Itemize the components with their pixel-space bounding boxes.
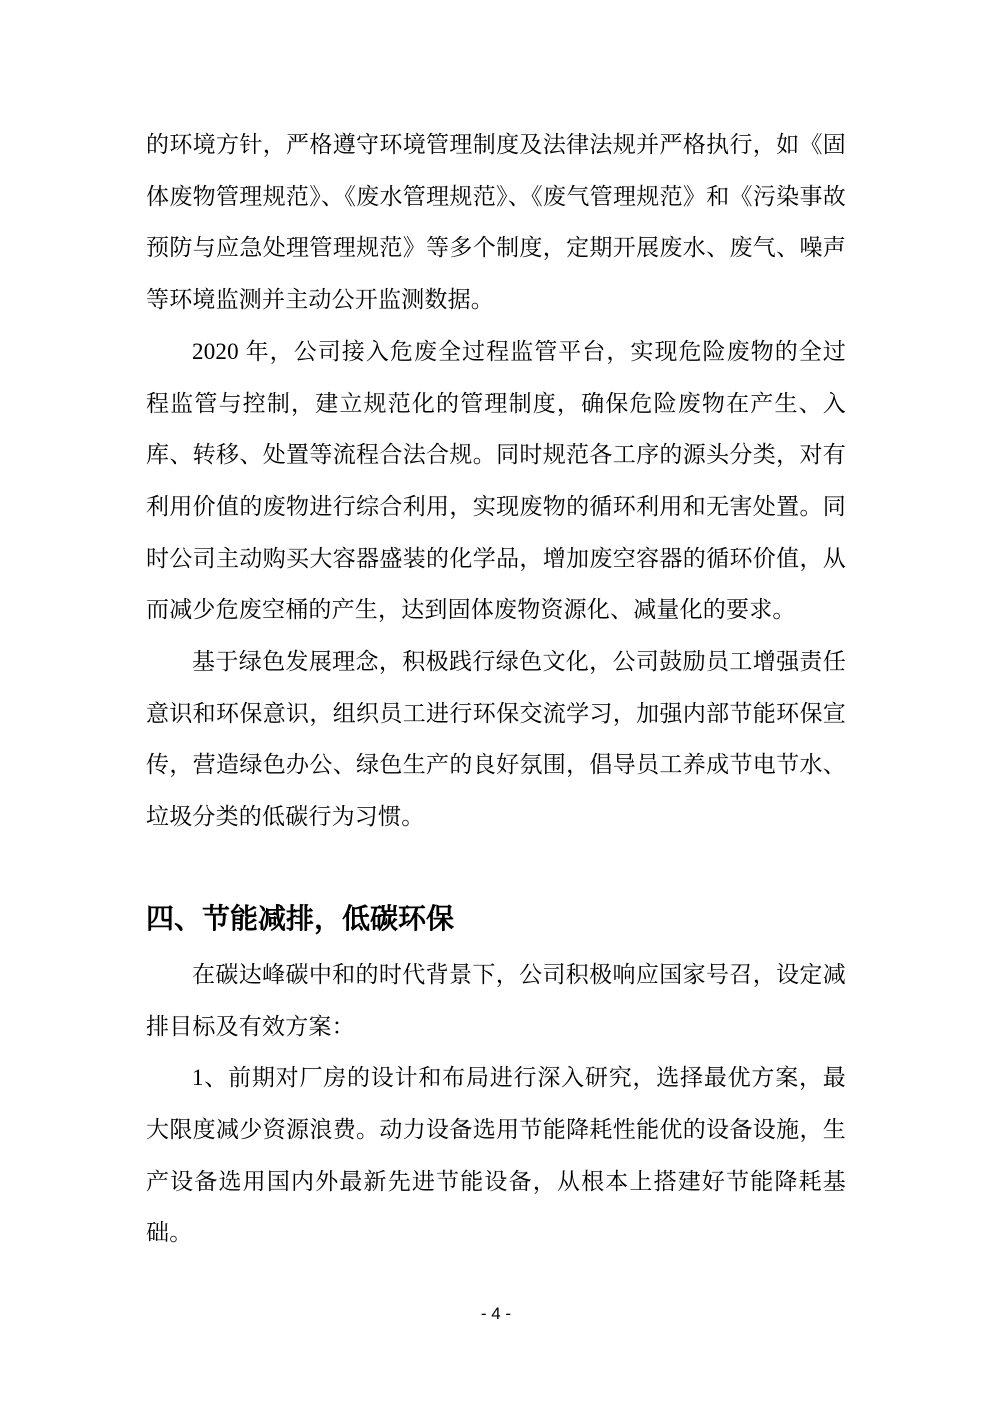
page-number: - 4 - [0,1303,992,1325]
section-heading-energy-saving: 四、节能减排，低碳环保 [146,899,846,939]
paragraph-environment-policy: 的环境方针，严格遵守环境管理制度及法律法规并严格执行，如《固体废物管理规范》、《… [146,119,846,326]
paragraph-measure-1: 1、前期对厂房的设计和布局进行深入研究，选择最优方案，最大限度减少资源浪费。动力… [146,1052,846,1259]
paragraph-carbon-goals-intro: 在碳达峰碳中和的时代背景下，公司积极响应国家号召，设定减排目标及有效方案： [146,949,846,1052]
document-body: 的环境方针，严格遵守环境管理制度及法律法规并严格执行，如《固体废物管理规范》、《… [146,119,846,1259]
paragraph-hazardous-waste-platform: 2020 年，公司接入危废全过程监管平台，实现危险废物的全过程监管与控制，建立规… [146,326,846,636]
paragraph-green-culture: 基于绿色发展理念，积极践行绿色文化，公司鼓励员工增强责任意识和环保意识，组织员工… [146,636,846,843]
document-page: 的环境方针，严格遵守环境管理制度及法律法规并严格执行，如《固体废物管理规范》、《… [0,0,992,1403]
